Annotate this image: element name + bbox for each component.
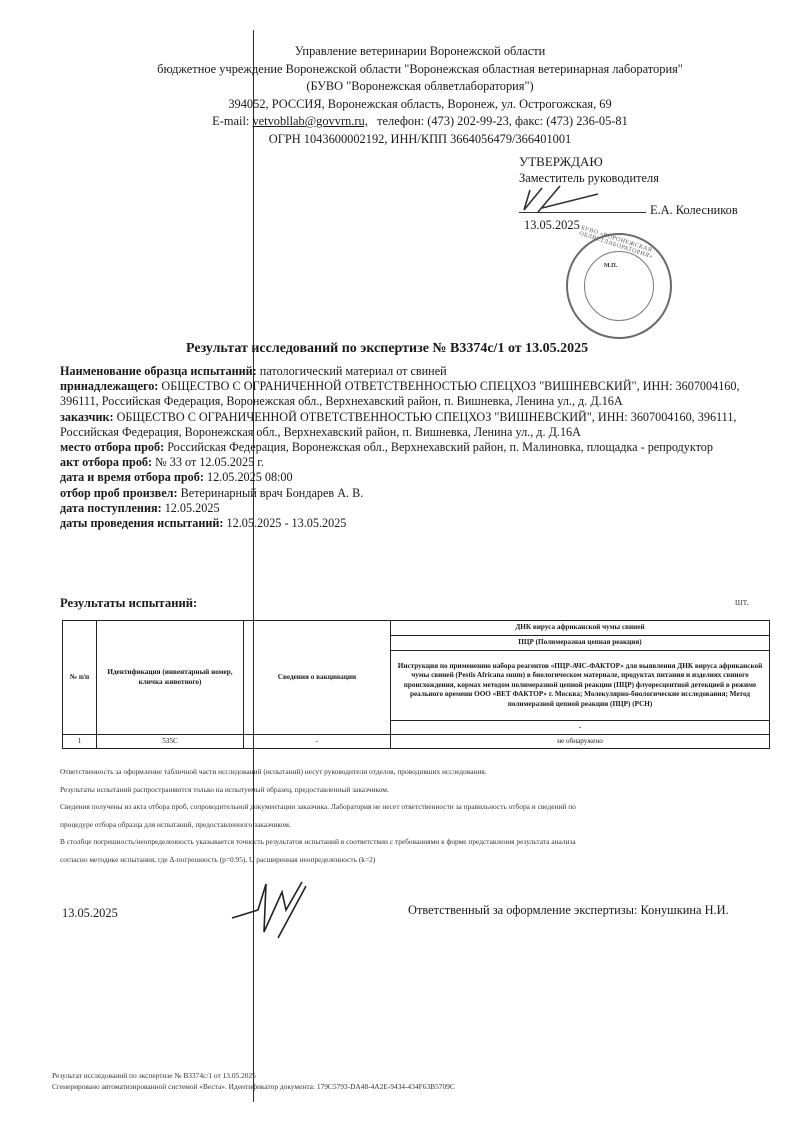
cell-vaccination: - [244, 735, 391, 749]
field-sampling-place: место отбора проб: Российская Федерация,… [60, 440, 772, 455]
table-row: 1 535С - не обнаружено [63, 735, 770, 749]
cell-result: не обнаружено [391, 735, 770, 749]
letterhead-address: 394052, РОССИЯ, Воронежская область, Вор… [60, 96, 780, 114]
letterhead-contacts: E-mail: vetvobllab@govvrn.ru, телефон: (… [60, 113, 780, 131]
stamp-center-text: М.П. [604, 263, 617, 269]
official-stamp: БУВО «ВОРОНЕЖСКАЯ ОБЛВЕТЛАБОРАТОРИЯ» М.П… [566, 233, 672, 339]
letterhead: Управление ветеринарии Воронежской облас… [60, 43, 780, 148]
note-source: Сведения получены из акта отбора проб, с… [60, 798, 776, 816]
footer-reference: Результат исследований по экспертизе № В… [52, 1071, 455, 1082]
approver-name: Е.А. Колесников [650, 203, 738, 218]
disclaimer-notes: Ответственность за оформление табличной … [60, 763, 776, 869]
letterhead-authority: Управление ветеринарии Воронежской облас… [60, 43, 780, 61]
header-number: № п/п [63, 621, 97, 735]
letterhead-institution: бюджетное учреждение Воронежской области… [60, 61, 780, 79]
field-test-dates: даты проведения испытаний: 12.05.2025 - … [60, 516, 772, 531]
scan-artifact-line [253, 30, 254, 1102]
field-sampling-act: акт отбора проб: № 33 от 12.05.2025 г. [60, 455, 772, 470]
signoff-date: 13.05.2025 [62, 906, 118, 921]
units-label: шт. [735, 597, 749, 608]
approval-title: УТВЕРЖДАЮ [519, 154, 659, 170]
field-sampled-by: отбор проб произвел: Ветеринарный врач Б… [60, 486, 772, 501]
field-receipt-date: дата поступления: 12.05.2025 [60, 501, 772, 516]
signature-line [519, 212, 646, 213]
cell-identification: 535С [97, 735, 244, 749]
field-sampling-datetime: дата и время отбора проб: 12.05.2025 08:… [60, 470, 772, 485]
results-table: № п/п Идентификация (инвентарный номер, … [62, 620, 770, 749]
note-uncertainty: В столбце погрешность/неопределенность у… [60, 833, 776, 851]
letterhead-registration: ОГРН 1043600002192, ИНН/КПП 3664056479/3… [60, 131, 780, 149]
field-sample-name: Наименование образца испытаний: патологи… [60, 364, 772, 379]
note-scope: Результаты испытаний распространяются то… [60, 781, 776, 799]
email-link[interactable]: vetvobllab@govvrn.ru, [252, 114, 367, 128]
document-title: Результат исследований по экспертизе № В… [186, 341, 588, 357]
responsible-person: Ответственный за оформление экспертизы: … [408, 903, 729, 918]
note-source-cont: процедуре отбора образца для испытаний, … [60, 816, 776, 834]
header-method-doc: Инструкция по применению набора реагенто… [391, 651, 770, 721]
header-indicator: ДНК вируса африканской чумы свиней [391, 621, 770, 636]
letterhead-abbreviation: (БУВО "Воронежская облветлаборатория") [60, 78, 780, 96]
header-identification: Идентификация (инвентарный номер, кличка… [97, 621, 244, 735]
stamp-inner-ring [584, 251, 654, 321]
note-uncertainty-cont: согласно методике испытания, где Δ-погре… [60, 851, 776, 869]
approver-signature [520, 180, 600, 216]
field-customer: заказчик: ОБЩЕСТВО С ОГРАНИЧЕННОЙ ОТВЕТС… [60, 410, 772, 440]
header-method-type: ПЦР (Полимеразная цепная реакция) [391, 636, 770, 651]
footer-generator-id: Сгенерировано автоматизированной системо… [52, 1082, 455, 1093]
document-footer: Результат исследований по экспертизе № В… [52, 1071, 455, 1092]
approval-date: 13.05.2025 [524, 218, 580, 233]
responsible-signature [228, 880, 328, 940]
cell-number: 1 [63, 735, 97, 749]
results-heading: Результаты испытаний: [60, 596, 197, 611]
note-responsibility: Ответственность за оформление табличной … [60, 763, 776, 781]
email-label: E-mail: [212, 114, 249, 128]
phone-fax: телефон: (473) 202-99-23, факс: (473) 23… [377, 114, 628, 128]
sample-details: Наименование образца испытаний: патологи… [60, 364, 772, 531]
field-owner: принадлежащего: ОБЩЕСТВО С ОГРАНИЧЕННОЙ … [60, 379, 772, 409]
header-norm: - [391, 721, 770, 735]
header-vaccination: Сведения о вакцинации [244, 621, 391, 735]
